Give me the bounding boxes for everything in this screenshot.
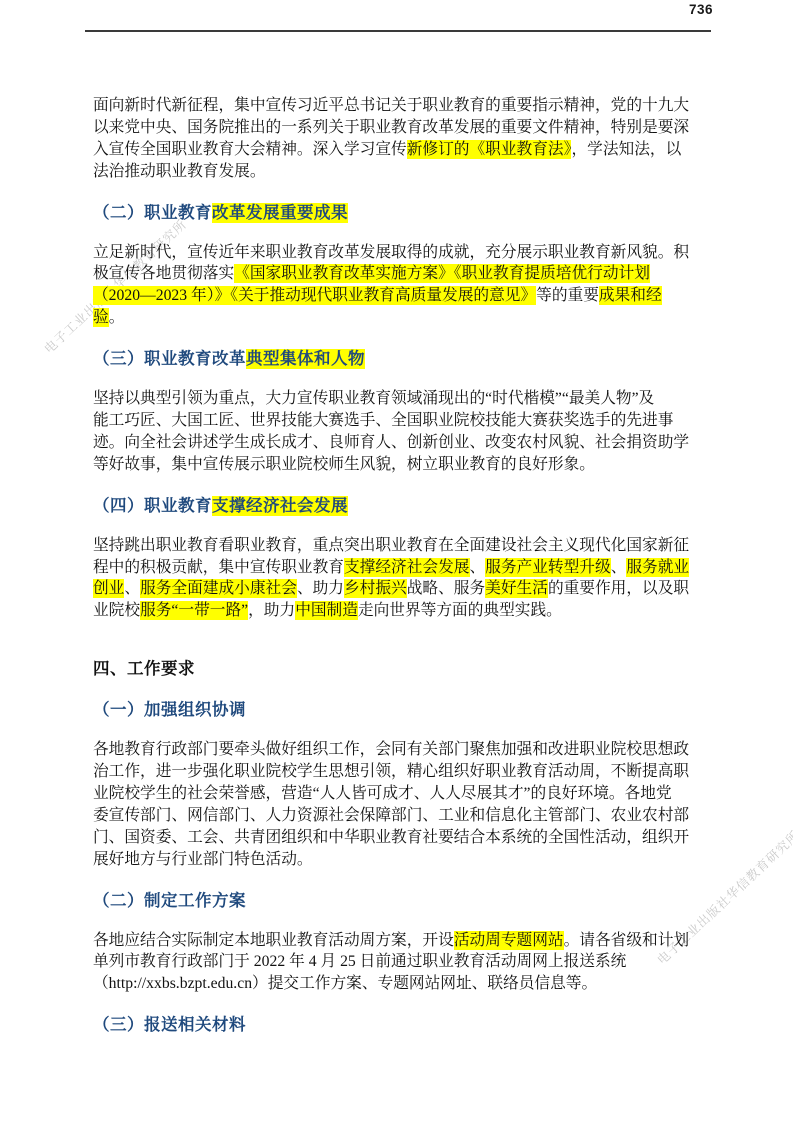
section-heading: （一）加强组织协调 (93, 699, 709, 721)
highlighted-text: 改革发展重要成果 (212, 203, 348, 223)
text-run: 单列市教育行政部门于 2022 年 4 月 25 日前通过职业教育活动周网上报送… (93, 953, 626, 970)
text-run: 入宣传全国职业教育大会精神。深入学习宣传 (93, 141, 407, 158)
text-line: 面向新时代新征程，集中宣传习近平总书记关于职业教育的重要指示精神，党的十九大 (93, 95, 709, 117)
highlighted-text: 中国制造 (295, 601, 358, 620)
highlighted-text: 服务全面建成小康社会 (140, 579, 297, 598)
highlighted-text: （2020—2023 年）》《关于推动现代职业教育高质量发展的意见》 (93, 286, 536, 305)
text-line: 法治推动职业教育发展。 (93, 161, 709, 183)
highlighted-text: 创业 (93, 579, 124, 598)
text-run: 。 (109, 309, 125, 326)
highlighted-text: 成果和经 (599, 286, 662, 305)
text-run: 业院校学生的社会荣誉感，营造“人人皆可成才、人人尽展其才”的良好环境。各地党 (93, 785, 672, 802)
text-run: 程中的积极贡献，集中宣传职业教育 (93, 559, 344, 576)
text-line: 业院校学生的社会荣誉感，营造“人人皆可成才、人人尽展其才”的良好环境。各地党 (93, 783, 709, 805)
page-number: 736 (689, 2, 713, 17)
paragraph: 立足新时代，宣传近年来职业教育改革发展取得的成就，充分展示职业教育新风貌。积极宣… (93, 242, 709, 330)
text-line: 坚持跳出职业教育看职业教育，重点突出职业教育在全面建设社会主义现代化国家新征 (93, 535, 709, 557)
text-line: 业院校服务“一带一路”，助力中国制造走向世界等方面的典型实践。 (93, 600, 709, 622)
text-line: 委宣传部门、网信部门、人力资源社会保障部门、工业和信息化主管部门、农业农村部 (93, 805, 709, 827)
text-run: 坚持跳出职业教育看职业教育，重点突出职业教育在全面建设社会主义现代化国家新征 (93, 537, 689, 554)
text-line: 治工作，进一步强化职业院校学生思想引领，精心组织好职业教育活动周，不断提高职 (93, 761, 709, 783)
paragraph: 面向新时代新征程，集中宣传习近平总书记关于职业教育的重要指示精神，党的十九大以来… (93, 95, 709, 183)
text-line: 展好地方与行业部门特色活动。 (93, 849, 709, 871)
header-divider (85, 30, 711, 32)
text-run: 、 (611, 559, 627, 576)
text-run: 。请各省级和计划 (564, 932, 690, 949)
text-run: 委宣传部门、网信部门、人力资源社会保障部门、工业和信息化主管部门、农业农村部 (93, 807, 689, 824)
text-line: 入宣传全国职业教育大会精神。深入学习宣传新修订的《职业教育法》，学法知法，以 (93, 139, 709, 161)
text-run: ，学法知法，以 (571, 141, 681, 158)
paragraph: 各地应结合实际制定本地职业教育活动周方案，开设活动周专题网站。请各省级和计划单列… (93, 930, 709, 996)
section-heading: （三）报送相关材料 (93, 1014, 709, 1036)
text-run: 等的重要 (536, 287, 599, 304)
text-run: （三）职业教育改革 (93, 350, 246, 368)
text-run: 坚持以典型引领为重点，大力宣传职业教育领域涌现出的“时代楷模”“最美人物”及 (93, 390, 654, 407)
text-line: 创业、服务全面建成小康社会、助力乡村振兴战略、服务美好生活的重要作用，以及职 (93, 578, 709, 600)
highlighted-text: 乡村振兴 (344, 579, 407, 598)
highlighted-text: 活动周专题网站 (454, 931, 564, 950)
text-line: 单列市教育行政部门于 2022 年 4 月 25 日前通过职业教育活动周网上报送… (93, 951, 709, 973)
highlighted-text: 服务“一带一路” (140, 601, 248, 620)
highlighted-text: 服务产业转型升级 (485, 558, 611, 577)
highlighted-text: 验 (93, 308, 109, 327)
text-line: 极宣传各地贯彻落实《国家职业教育改革实施方案》《职业教育提质培优行动计划 (93, 263, 709, 285)
text-run: （四）职业教育 (93, 497, 212, 515)
text-run: 立足新时代，宣传近年来职业教育改革发展取得的成就，充分展示职业教育新风貌。积 (93, 244, 689, 261)
text-run: 、助力 (297, 580, 344, 597)
text-run: 展好地方与行业部门特色活动。 (93, 851, 313, 868)
text-line: 立足新时代，宣传近年来职业教育改革发展取得的成就，充分展示职业教育新风貌。积 (93, 242, 709, 264)
highlighted-text: 《国家职业教育改革实施方案》《职业教育提质培优行动计划 (234, 264, 650, 283)
text-run: 战略、服务 (407, 580, 485, 597)
text-run: 门、国资委、工会、共青团组织和中华职业教育社要结合本系统的全国性活动，组织开 (93, 829, 689, 846)
text-line: 等好故事，集中宣传展示职业院校师生风貌，树立职业教育的良好形象。 (93, 454, 709, 476)
text-run: （二）职业教育 (93, 204, 212, 222)
text-run: 业院校 (93, 602, 140, 619)
text-line: （2020—2023 年）》《关于推动现代职业教育高质量发展的意见》等的重要成果… (93, 285, 709, 307)
text-run: （二）制定工作方案 (93, 892, 246, 910)
text-run: 以来党中央、国务院推出的一系列关于职业教育改革发展的重要文件精神，特别是要深 (93, 119, 689, 136)
text-run: 能工巧匠、大国工匠、世界技能大赛选手、全国职业院校技能大赛获奖选手的先进事 (93, 412, 673, 429)
highlighted-text: 服务就业 (626, 558, 689, 577)
text-line: 程中的积极贡献，集中宣传职业教育支撑经济社会发展、服务产业转型升级、服务就业 (93, 557, 709, 579)
text-line: 验。 (93, 307, 709, 329)
text-run: 各地教育行政部门要牵头做好组织工作，会同有关部门聚焦加强和改进职业院校思想政 (93, 741, 689, 758)
text-run: 面向新时代新征程，集中宣传习近平总书记关于职业教育的重要指示精神，党的十九大 (93, 97, 689, 114)
text-run: ，助力 (248, 602, 295, 619)
paragraph: 坚持以典型引领为重点，大力宣传职业教育领域涌现出的“时代楷模”“最美人物”及能工… (93, 388, 709, 476)
text-run: 治工作，进一步强化职业院校学生思想引领，精心组织好职业教育活动周，不断提高职 (93, 763, 689, 780)
text-run: （http://xxbs.bzpt.edu.cn）提交工作方案、专题网站网址、联… (93, 975, 597, 992)
text-line: 各地教育行政部门要牵头做好组织工作，会同有关部门聚焦加强和改进职业院校思想政 (93, 739, 709, 761)
text-run: （一）加强组织协调 (93, 701, 246, 719)
section-heading: （二）制定工作方案 (93, 890, 709, 912)
text-line: 各地应结合实际制定本地职业教育活动周方案，开设活动周专题网站。请各省级和计划 (93, 930, 709, 952)
document-body: 面向新时代新征程，集中宣传习近平总书记关于职业教育的重要指示精神，党的十九大以来… (93, 95, 709, 1054)
text-run: 、 (470, 559, 486, 576)
text-run: 各地应结合实际制定本地职业教育活动周方案，开设 (93, 932, 454, 949)
text-line: （http://xxbs.bzpt.edu.cn）提交工作方案、专题网站网址、联… (93, 973, 709, 995)
text-run: 四、工作要求 (93, 660, 195, 678)
chapter-heading: 四、工作要求 (93, 658, 709, 680)
text-run: 走向世界等方面的典型实践。 (358, 602, 562, 619)
text-run: 的重要作用，以及职 (548, 580, 689, 597)
highlighted-text: 支撑经济社会发展 (212, 496, 348, 516)
text-run: （三）报送相关材料 (93, 1016, 246, 1034)
document-page: 736 电子工业出版社华信教育研究所 电子工业出版社华信教育研究所 面向新时代新… (0, 0, 793, 1122)
highlighted-text: 典型集体和人物 (246, 349, 365, 369)
highlighted-text: 新修订的《职业教育法》 (407, 140, 572, 159)
text-line: 坚持以典型引领为重点，大力宣传职业教育领域涌现出的“时代楷模”“最美人物”及 (93, 388, 709, 410)
text-run: 等好故事，集中宣传展示职业院校师生风貌，树立职业教育的良好形象。 (93, 456, 595, 473)
text-line: 门、国资委、工会、共青团组织和中华职业教育社要结合本系统的全国性活动，组织开 (93, 827, 709, 849)
highlighted-text: 支撑经济社会发展 (344, 558, 470, 577)
highlighted-text: 美好生活 (485, 579, 548, 598)
section-heading: （二）职业教育改革发展重要成果 (93, 202, 709, 224)
paragraph: 坚持跳出职业教育看职业教育，重点突出职业教育在全面建设社会主义现代化国家新征程中… (93, 535, 709, 623)
text-run: 、 (124, 580, 140, 597)
section-heading: （四）职业教育支撑经济社会发展 (93, 495, 709, 517)
text-line: 以来党中央、国务院推出的一系列关于职业教育改革发展的重要文件精神，特别是要深 (93, 117, 709, 139)
text-run: 极宣传各地贯彻落实 (93, 265, 234, 282)
text-line: 能工巧匠、大国工匠、世界技能大赛选手、全国职业院校技能大赛获奖选手的先进事 (93, 410, 709, 432)
text-run: 法治推动职业教育发展。 (93, 163, 266, 180)
paragraph: 各地教育行政部门要牵头做好组织工作，会同有关部门聚焦加强和改进职业院校思想政治工… (93, 739, 709, 870)
text-run: 迹。向全社会讲述学生成长成才、良师育人、创新创业、改变农村风貌、社会捐资助学 (93, 434, 689, 451)
text-line: 迹。向全社会讲述学生成长成才、良师育人、创新创业、改变农村风貌、社会捐资助学 (93, 432, 709, 454)
section-heading: （三）职业教育改革典型集体和人物 (93, 348, 709, 370)
